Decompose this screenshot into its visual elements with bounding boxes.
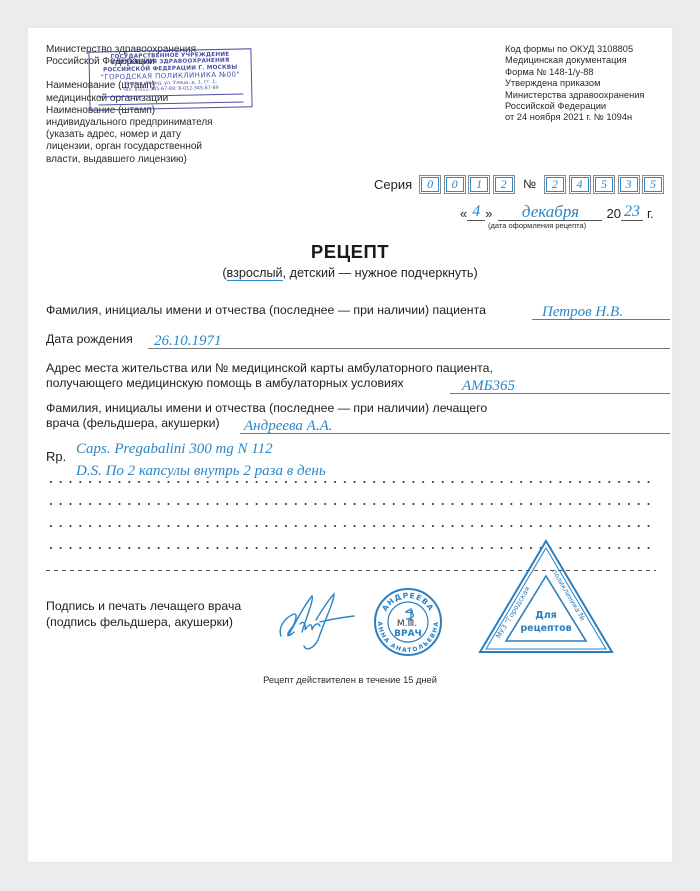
signature-label: Подпись и печать лечащего врача (подпись…: [46, 598, 241, 630]
series-digit[interactable]: 0: [444, 175, 466, 194]
address-field[interactable]: АМБ365: [450, 377, 670, 394]
form-code-line: Утверждена приказом: [505, 78, 670, 89]
form-code-line: от 24 ноября 2021 г. № 1094н: [505, 112, 670, 123]
close-quote: »: [485, 206, 492, 221]
issuer-line: индивидуального предпринимателя: [46, 117, 286, 129]
doctor-row: Фамилия, инициалы имени и отчества (посл…: [46, 401, 656, 437]
number-digit[interactable]: 5: [593, 175, 615, 194]
patient-type-note: (взрослый, детский — нужное подчеркнуть): [28, 266, 672, 280]
year-prefix: 20: [606, 206, 620, 221]
patient-name-row: Фамилия, инициалы имени и отчества (посл…: [46, 303, 656, 321]
birth-date-label: Дата рождения: [46, 332, 133, 346]
doctor-signature: [276, 588, 356, 654]
dotted-line: [46, 503, 656, 505]
prescription-dosage[interactable]: D.S. По 2 капсулы внутрь 2 раза в день: [76, 463, 326, 480]
series-number-row: Серия 0 0 1 2 № 2 4 5 3 5: [374, 174, 667, 194]
rp-label: Rp.: [46, 449, 66, 464]
dotted-line: [46, 481, 656, 483]
number-digit[interactable]: 3: [618, 175, 640, 194]
form-code-line: Форма № 148-1/у-88: [505, 67, 670, 78]
birth-date-field[interactable]: 26.10.1971: [148, 332, 670, 349]
doctor-field[interactable]: Андреева А.А.: [240, 417, 670, 434]
prescription-drug[interactable]: Caps. Pregabalini 300 mg N 112: [76, 441, 273, 458]
vrach-text: ВРАЧ: [394, 629, 422, 639]
doctor-round-stamp: АНДРЕЕВА АННА АНАТОЛЬЕВНА М.П. ВРАЧ: [372, 586, 444, 658]
triangle-center-1: Для: [535, 610, 557, 621]
mp-text: М.П.: [397, 619, 417, 629]
patient-type-adult-underlined[interactable]: взрослый: [227, 266, 283, 281]
stamp-blank-lines: [98, 86, 243, 105]
open-quote: «: [460, 206, 467, 221]
form-code-line: Медицинская документация: [505, 55, 670, 66]
patient-name-field[interactable]: Петров Н.В.: [532, 303, 670, 320]
address-row: Адрес места жительства или № медицинской…: [46, 361, 656, 397]
issuer-line: власти, выдавшего лицензию): [46, 154, 286, 166]
number-digit[interactable]: 4: [569, 175, 591, 194]
birth-date-row: Дата рождения 26.10.1971: [46, 332, 656, 350]
form-code-line: Министерства здравоохранения: [505, 90, 670, 101]
address-label-1: Адрес места жительства или № медицинской…: [46, 361, 656, 376]
issue-date-caption: (дата оформления рецепта): [488, 221, 586, 230]
issue-month-field[interactable]: декабря: [498, 203, 602, 221]
triangle-stamp: МУЗ "Городская поликлиника № Для рецепто…: [476, 538, 616, 656]
issue-day-field[interactable]: 4: [467, 203, 485, 221]
patient-name-label: Фамилия, инициалы имени и отчества (посл…: [46, 303, 486, 317]
number-digit[interactable]: 5: [642, 175, 664, 194]
series-label: Серия: [374, 177, 412, 192]
issuer-line: лицензии, орган государственной: [46, 141, 286, 153]
dotted-line: [46, 525, 656, 527]
series-digit[interactable]: 2: [493, 175, 515, 194]
validity-note: Рецепт действителен в течение 15 дней: [28, 675, 672, 685]
form-code-block: Код формы по ОКУД 3108805 Медицинская до…: [505, 44, 670, 124]
issuer-line: (указать адрес, номер и дату: [46, 129, 286, 141]
number-label: №: [523, 177, 536, 191]
issue-year-field[interactable]: 23: [621, 203, 643, 221]
series-digit[interactable]: 0: [419, 175, 441, 194]
form-code-line: Код формы по ОКУД 3108805: [505, 44, 670, 55]
issue-date-row: « 4 » декабря 20 23 г.: [460, 199, 654, 221]
page-title: РЕЦЕПТ: [28, 241, 672, 263]
series-digit[interactable]: 1: [468, 175, 490, 194]
clinic-stamp: ГОСУДАРСТВЕННОЕ УЧРЕЖДЕНИЕ УПРАВЛЕНИЯ ЗД…: [88, 48, 252, 110]
prescription-form: Министерство здравоохранения Российской …: [28, 28, 672, 862]
number-digit[interactable]: 2: [544, 175, 566, 194]
form-code-line: Российской Федерации: [505, 101, 670, 112]
triangle-center-2: рецептов: [520, 623, 571, 634]
doctor-label-1: Фамилия, инициалы имени и отчества (посл…: [46, 401, 656, 416]
year-unit: г.: [647, 206, 654, 221]
